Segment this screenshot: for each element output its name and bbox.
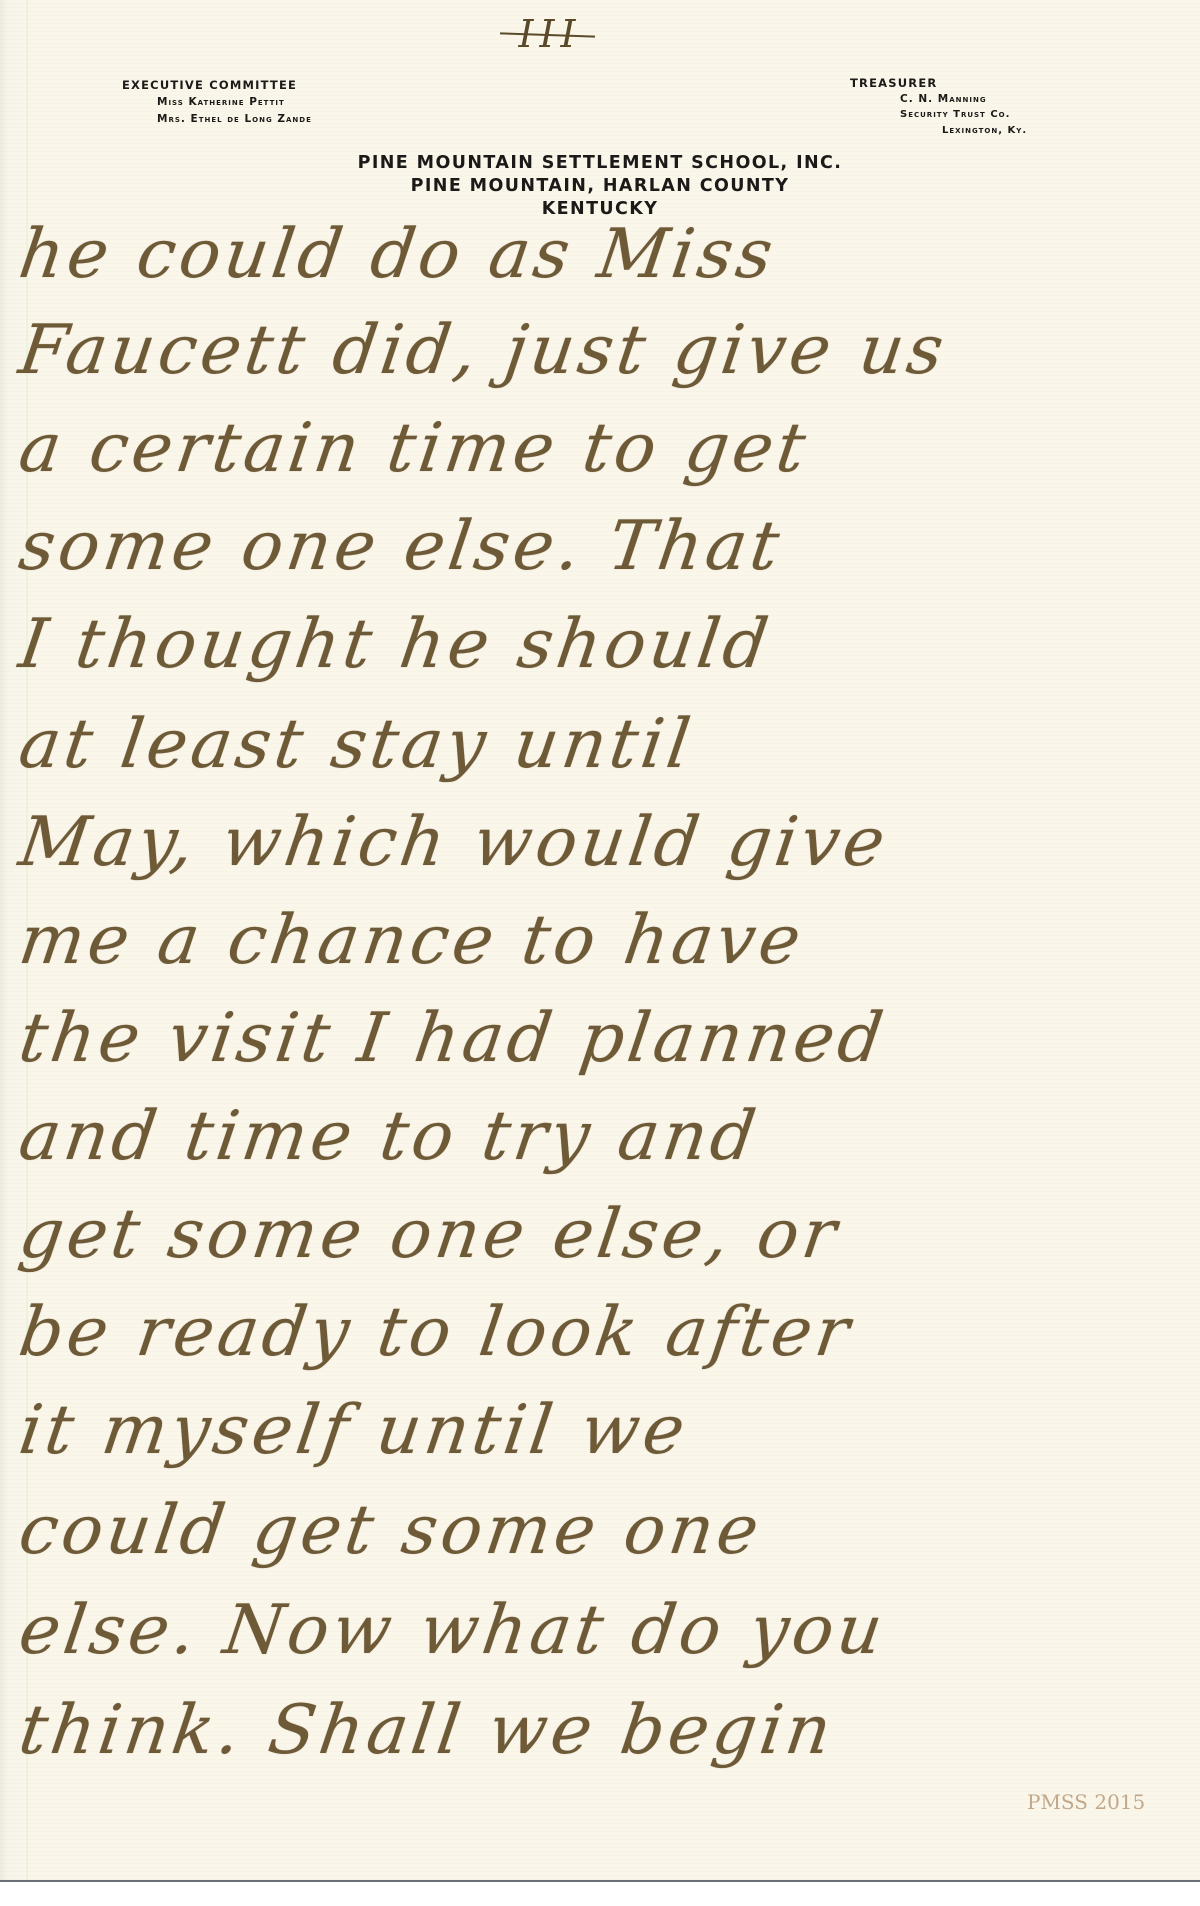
handwritten-line: it myself until we [15, 1396, 1155, 1466]
handwritten-line: May, which would give [15, 808, 1155, 878]
handwritten-line: me a chance to have [15, 906, 1155, 976]
handwritten-line: else. Now what do you [15, 1596, 1155, 1666]
letter-page: III EXECUTIVE COMMITTEE Miss Katherine P… [0, 0, 1200, 1882]
handwritten-line: at least stay until [15, 710, 1155, 780]
handwritten-line: get some one else, or [15, 1200, 1155, 1270]
handwritten-line: Faucett did, just give us [15, 316, 1155, 386]
handwritten-line: some one else. That [15, 512, 1155, 582]
handwritten-body: he could do as Miss Faucett did, just gi… [0, 0, 1200, 1880]
handwritten-line: be ready to look after [15, 1298, 1155, 1368]
handwritten-line: he could do as Miss [15, 220, 1155, 290]
handwritten-line: I thought he should [15, 610, 1155, 680]
handwritten-line: a certain time to get [15, 414, 1155, 484]
handwritten-line: think. Shall we begin [15, 1696, 1155, 1766]
handwritten-line: could get some one [15, 1496, 1155, 1566]
archive-watermark: PMSS 2015 [1027, 1790, 1145, 1814]
handwritten-line: and time to try and [15, 1102, 1155, 1172]
handwritten-line: the visit I had planned [15, 1004, 1155, 1074]
